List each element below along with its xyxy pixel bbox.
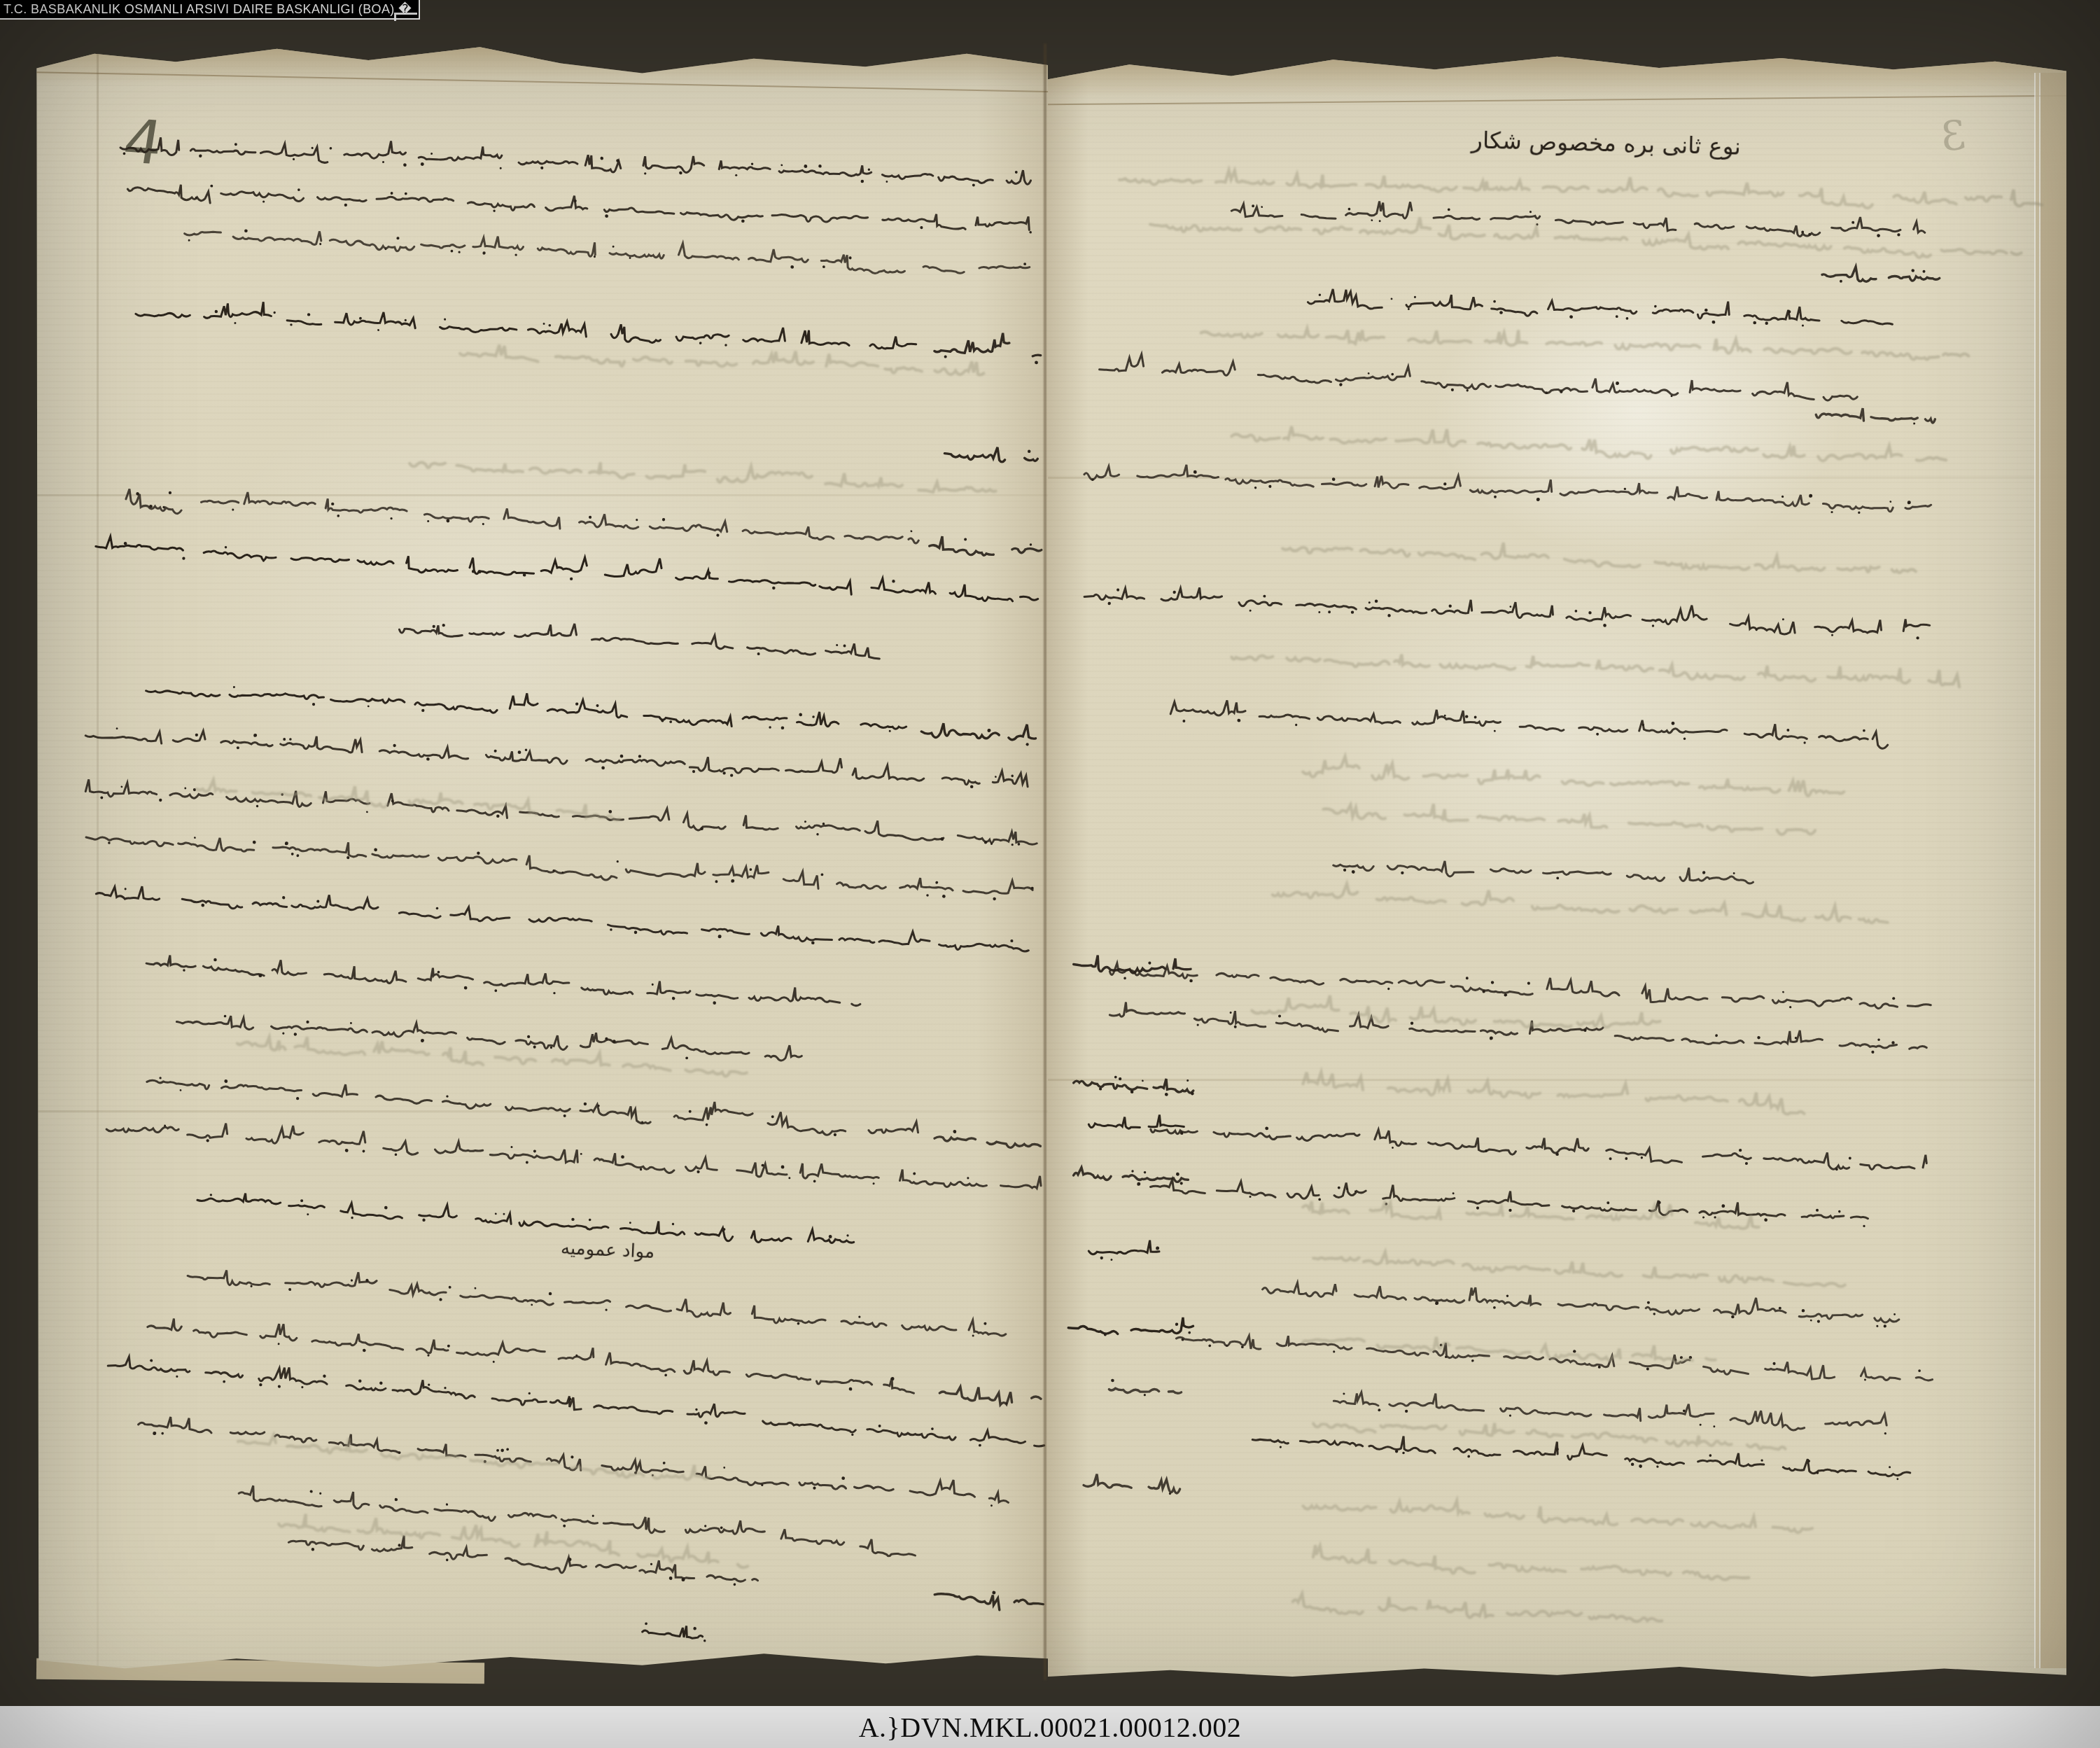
manuscript-page-left: 4 مواد عموميه — [34, 41, 1048, 1672]
caption-strip: A.}DVN.MKL.00021.00012.002 — [0, 1706, 2100, 1748]
scan-artifact-mark — [394, 13, 417, 21]
archive-scan-viewer: 4 مواد عموميه 3 نوع ثانى بره مخصوص شكار … — [0, 0, 2100, 1748]
archive-header-label: T.C. BASBAKANLIK OSMANLI ARSIVI DAIRE BA… — [3, 2, 412, 16]
center-gutter-line — [1044, 43, 1046, 1680]
handwriting-ink-right — [1048, 53, 2066, 1681]
archive-header-bar: T.C. BASBAKANLIK OSMANLI ARSIVI DAIRE BA… — [0, 0, 420, 20]
manuscript-page-right: 3 نوع ثانى بره مخصوص شكار — [1048, 53, 2066, 1681]
document-reference: A.}DVN.MKL.00021.00012.002 — [859, 1711, 1242, 1744]
handwriting-ink-left — [34, 41, 1048, 1672]
